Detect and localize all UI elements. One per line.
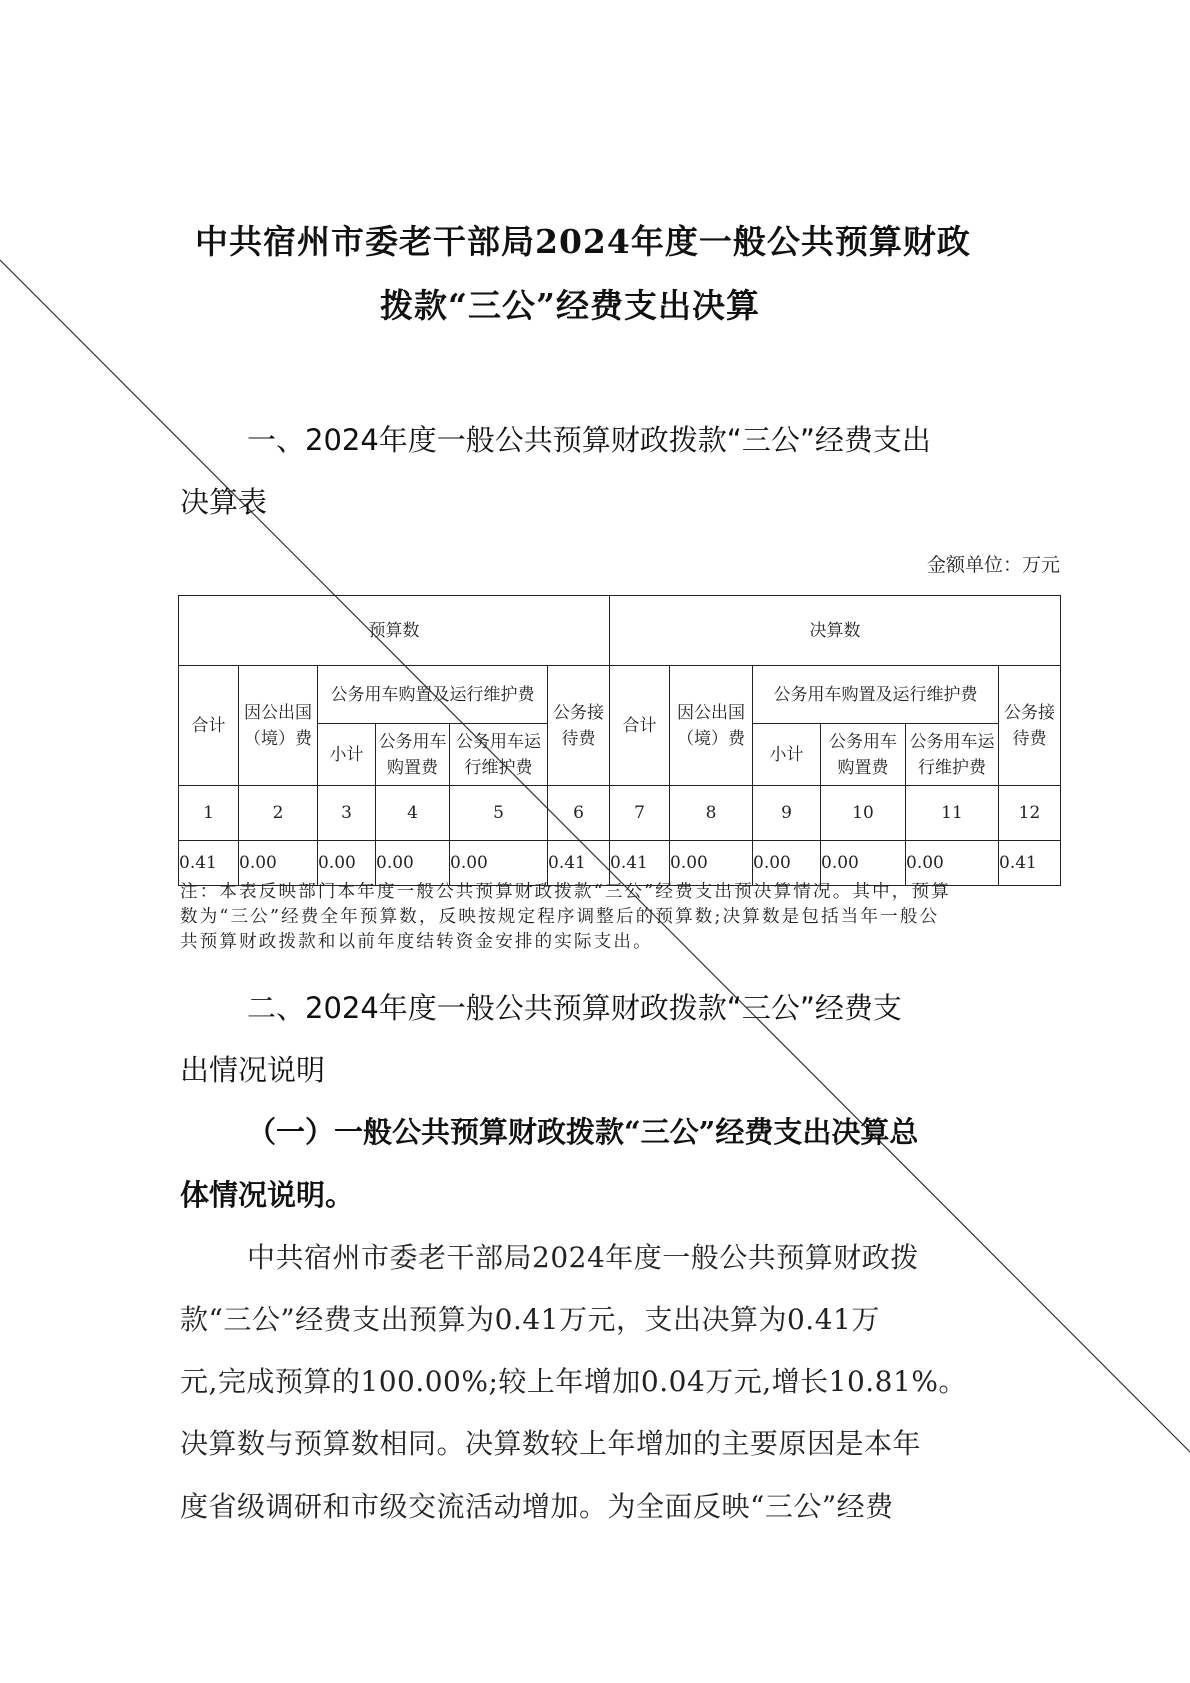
section1-heading-line1: 一、2024年度一般公共预算财政拨款“三公”经费支出 (247, 418, 931, 459)
table-cell: 0.00 (239, 841, 318, 886)
budget-vehicle-purchase-header: 公务用车购置费 (376, 724, 450, 786)
col-number: 5 (450, 786, 548, 841)
final-reception-header: 公务接待费 (999, 666, 1061, 786)
final-subtotal-header: 小计 (753, 724, 821, 786)
note-line3: 共预算财政拨款和以前年度结转资金安排的实际支出。 (180, 930, 951, 955)
table-note: 注：本表反映部门本年度一般公共预算财政拨款“三公”经费支出预决算情况。其中，预算… (180, 880, 951, 955)
final-vehicle-purchase-header: 公务用车购置费 (821, 724, 906, 786)
col-number: 2 (239, 786, 318, 841)
col-number: 3 (318, 786, 376, 841)
final-group-header: 决算数 (610, 596, 1061, 666)
col-number: 6 (548, 786, 610, 841)
table-cell: 0.00 (450, 841, 548, 886)
table-cell: 0.41 (548, 841, 610, 886)
final-vehicle-group-header: 公务用车购置及运行维护费 (753, 666, 999, 724)
column-header-row-1: 合计 因公出国（境）费 公务用车购置及运行维护费 公务接待费 合计 因公出国（境… (179, 666, 1061, 724)
col-number: 8 (670, 786, 753, 841)
table-cell: 0.00 (318, 841, 376, 886)
table-cell: 0.00 (821, 841, 906, 886)
paragraph-line4: 决算数与预算数相同。决算数较上年增加的主要原因是本年 (180, 1422, 921, 1462)
table-cell: 0.41 (610, 841, 670, 886)
paragraph-line3: 元,完成预算的100.00%;较上年增加0.04万元,增长10.81%。 (180, 1360, 967, 1400)
section1-heading-line2: 决算表 (180, 480, 267, 521)
table-cell: 0.00 (753, 841, 821, 886)
col-number: 11 (906, 786, 999, 841)
budget-subtotal-header: 小计 (318, 724, 376, 786)
document-title-line2: 拨款“三公”经费支出决算 (380, 280, 760, 327)
col-number: 7 (610, 786, 670, 841)
final-vehicle-operation-header: 公务用车运行维护费 (906, 724, 999, 786)
budget-vehicle-operation-header: 公务用车运行维护费 (450, 724, 548, 786)
column-number-row: 1 2 3 4 5 6 7 8 9 10 11 12 (179, 786, 1061, 841)
section2-heading-line1: 二、2024年度一般公共预算财政拨款“三公”经费支 (247, 986, 902, 1027)
subsection1-heading-line2: 体情况说明。 (180, 1173, 354, 1214)
paragraph-line5: 度省级调研和市级交流活动增加。为全面反映“三公”经费 (180, 1485, 894, 1525)
budget-group-header: 预算数 (179, 596, 610, 666)
col-number: 12 (999, 786, 1061, 841)
table-cell: 0.00 (906, 841, 999, 886)
note-line2: 数为“三公”经费全年预算数，反映按规定程序调整后的预算数;决算数是包括当年一般公 (180, 905, 951, 930)
paragraph-line2: 款“三公”经费支出预算为0.41万元，支出决算为0.41万 (180, 1298, 880, 1338)
group-header-row: 预算数 决算数 (179, 596, 1061, 666)
table-cell: 0.41 (999, 841, 1061, 886)
budget-vehicle-group-header: 公务用车购置及运行维护费 (318, 666, 548, 724)
col-number: 4 (376, 786, 450, 841)
table-row-values: 0.41 0.00 0.00 0.00 0.00 0.41 0.41 0.00 … (179, 841, 1061, 886)
budget-total-header: 合计 (179, 666, 239, 786)
final-abroad-header: 因公出国（境）费 (670, 666, 753, 786)
three-public-expenses-table: 预算数 决算数 合计 因公出国（境）费 公务用车购置及运行维护费 公务接待费 合… (178, 595, 1061, 886)
table-cell: 0.00 (376, 841, 450, 886)
col-number: 10 (821, 786, 906, 841)
paragraph-line1: 中共宿州市委老干部局2024年度一般公共预算财政拨 (247, 1236, 919, 1276)
note-line1: 注：本表反映部门本年度一般公共预算财政拨款“三公”经费支出预决算情况。其中，预算 (180, 880, 951, 905)
subsection1-heading-line1: （一）一般公共预算财政拨款“三公”经费支出决算总 (247, 1110, 918, 1151)
budget-abroad-header: 因公出国（境）费 (239, 666, 318, 786)
budget-reception-header: 公务接待费 (548, 666, 610, 786)
col-number: 1 (179, 786, 239, 841)
final-total-header: 合计 (610, 666, 670, 786)
col-number: 9 (753, 786, 821, 841)
document-title-line1: 中共宿州市委老干部局2024年度一般公共预算财政 (195, 216, 971, 263)
table-cell: 0.41 (179, 841, 239, 886)
unit-label: 金额单位：万元 (927, 550, 1060, 577)
table-cell: 0.00 (670, 841, 753, 886)
section2-heading-line2: 出情况说明 (180, 1048, 325, 1089)
